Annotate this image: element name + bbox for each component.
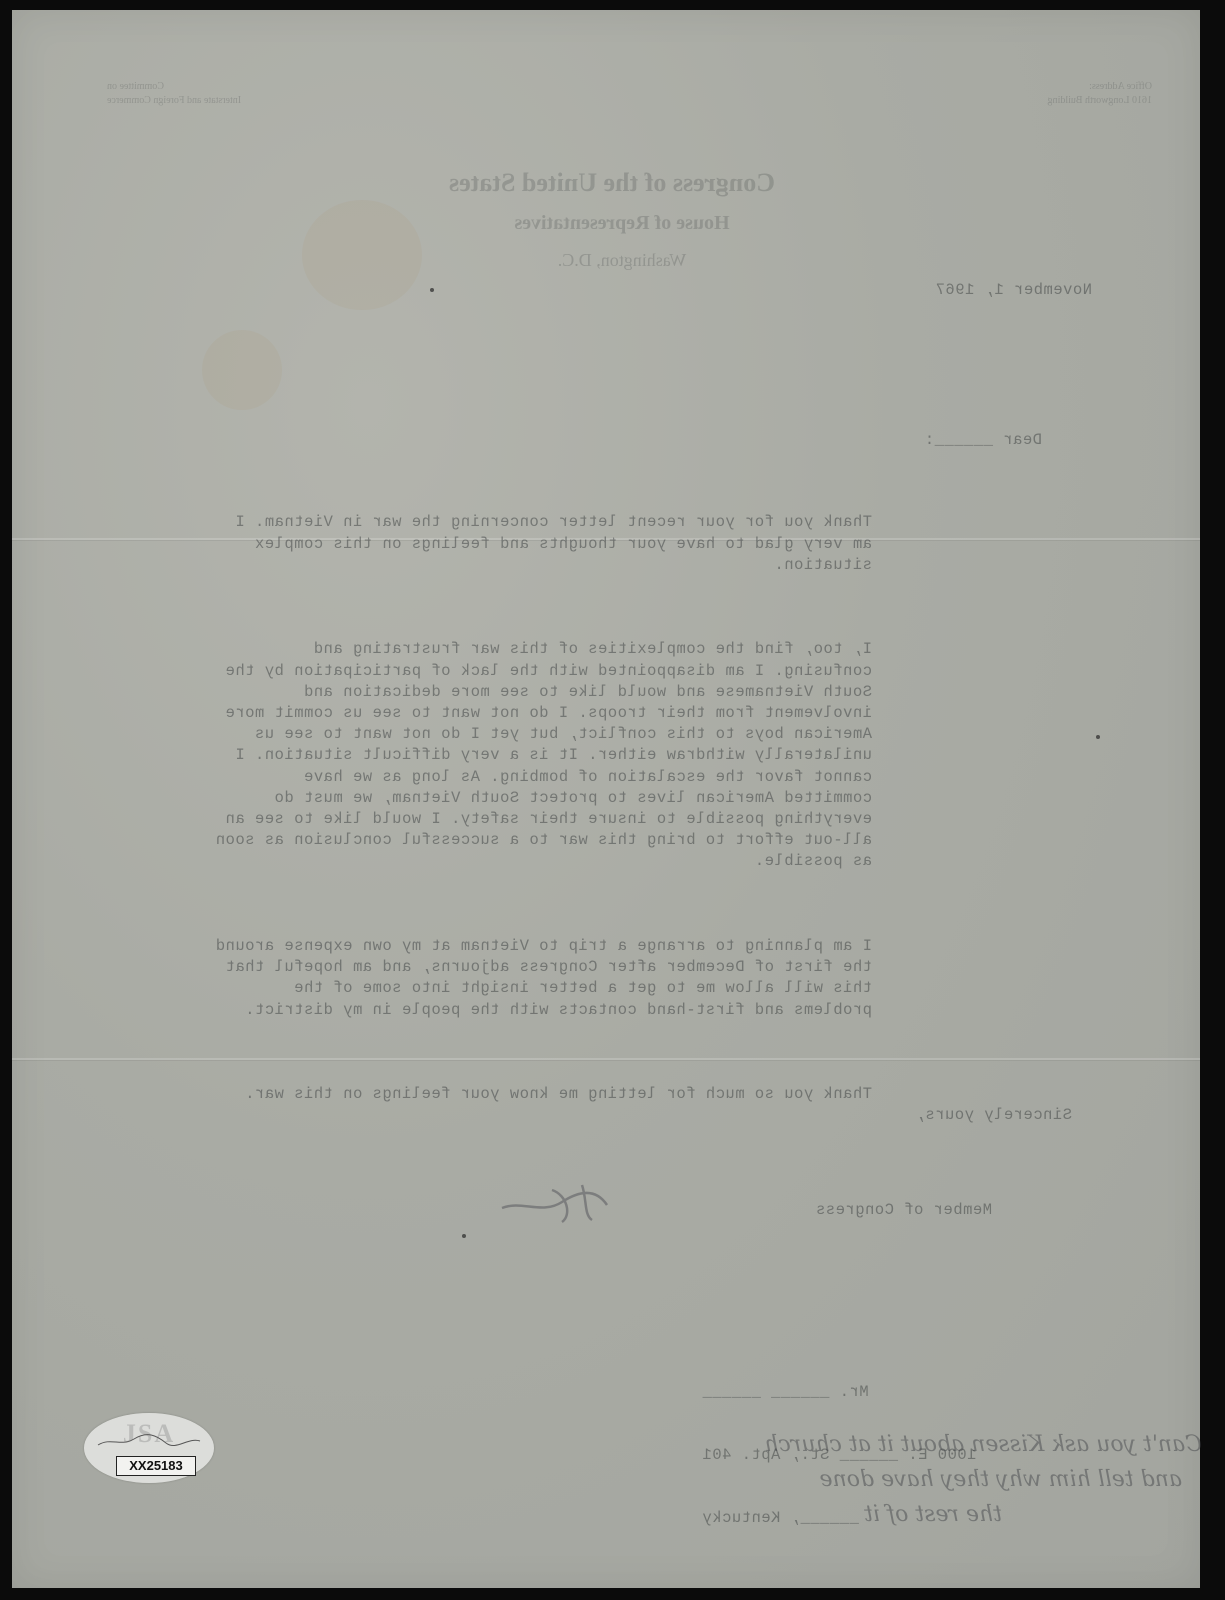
salutation: Dear ______: xyxy=(842,430,1042,451)
closing: Sincerely yours, xyxy=(872,1105,1072,1126)
paragraph: I, too, find the complexities of this wa… xyxy=(212,639,872,872)
jsa-authentication-sticker: JSA XX25183 xyxy=(84,1413,214,1483)
letter-paper: Committee on Interstate and Foreign Comm… xyxy=(12,10,1200,1588)
handwritten-note-line: Can't you ask Kissen about it at church xyxy=(582,1430,1202,1460)
signature xyxy=(492,1170,622,1230)
letterhead-city: Washington, D.C. xyxy=(472,250,772,271)
letterhead-subtitle: House of Representatives xyxy=(432,212,812,235)
ink-dot xyxy=(430,288,434,292)
letterhead-right-line: 1610 Longworth Building xyxy=(952,94,1152,108)
handwritten-note-line: the rest of it xyxy=(702,1500,1002,1530)
ink-dot xyxy=(1096,735,1100,739)
paragraph: Thank you so much for letting me know yo… xyxy=(212,1084,872,1105)
letterhead-right-block: Office Address: 1610 Longworth Building xyxy=(952,80,1152,108)
paragraph: I am planning to arrange a trip to Vietn… xyxy=(212,936,872,1021)
signer-title: Member of Congress xyxy=(792,1200,992,1221)
letterhead-title: Congress of the United States xyxy=(372,168,852,198)
letterhead-left-line: Interstate and Foreign Commerce xyxy=(107,94,307,108)
jsa-certificate-code: XX25183 xyxy=(116,1456,196,1476)
paper-stain xyxy=(202,330,282,410)
jsa-signature-icon xyxy=(96,1431,202,1451)
ink-dot xyxy=(462,1234,466,1238)
letter-date: November 1, 1967 xyxy=(842,280,1092,301)
paragraph: Thank you for your recent letter concern… xyxy=(212,512,872,576)
letterhead-left-block: Committee on Interstate and Foreign Comm… xyxy=(107,80,307,108)
address-line: Mr. ______ ______ xyxy=(702,1382,1022,1403)
letterhead-left-line: Committee on xyxy=(107,80,307,94)
letter-body: Thank you for your recent letter concern… xyxy=(212,470,1052,1148)
letterhead-right-line: Office Address: xyxy=(952,80,1152,94)
handwritten-note-line: and tell him why they have done xyxy=(662,1465,1182,1495)
paper-stain xyxy=(302,200,422,310)
